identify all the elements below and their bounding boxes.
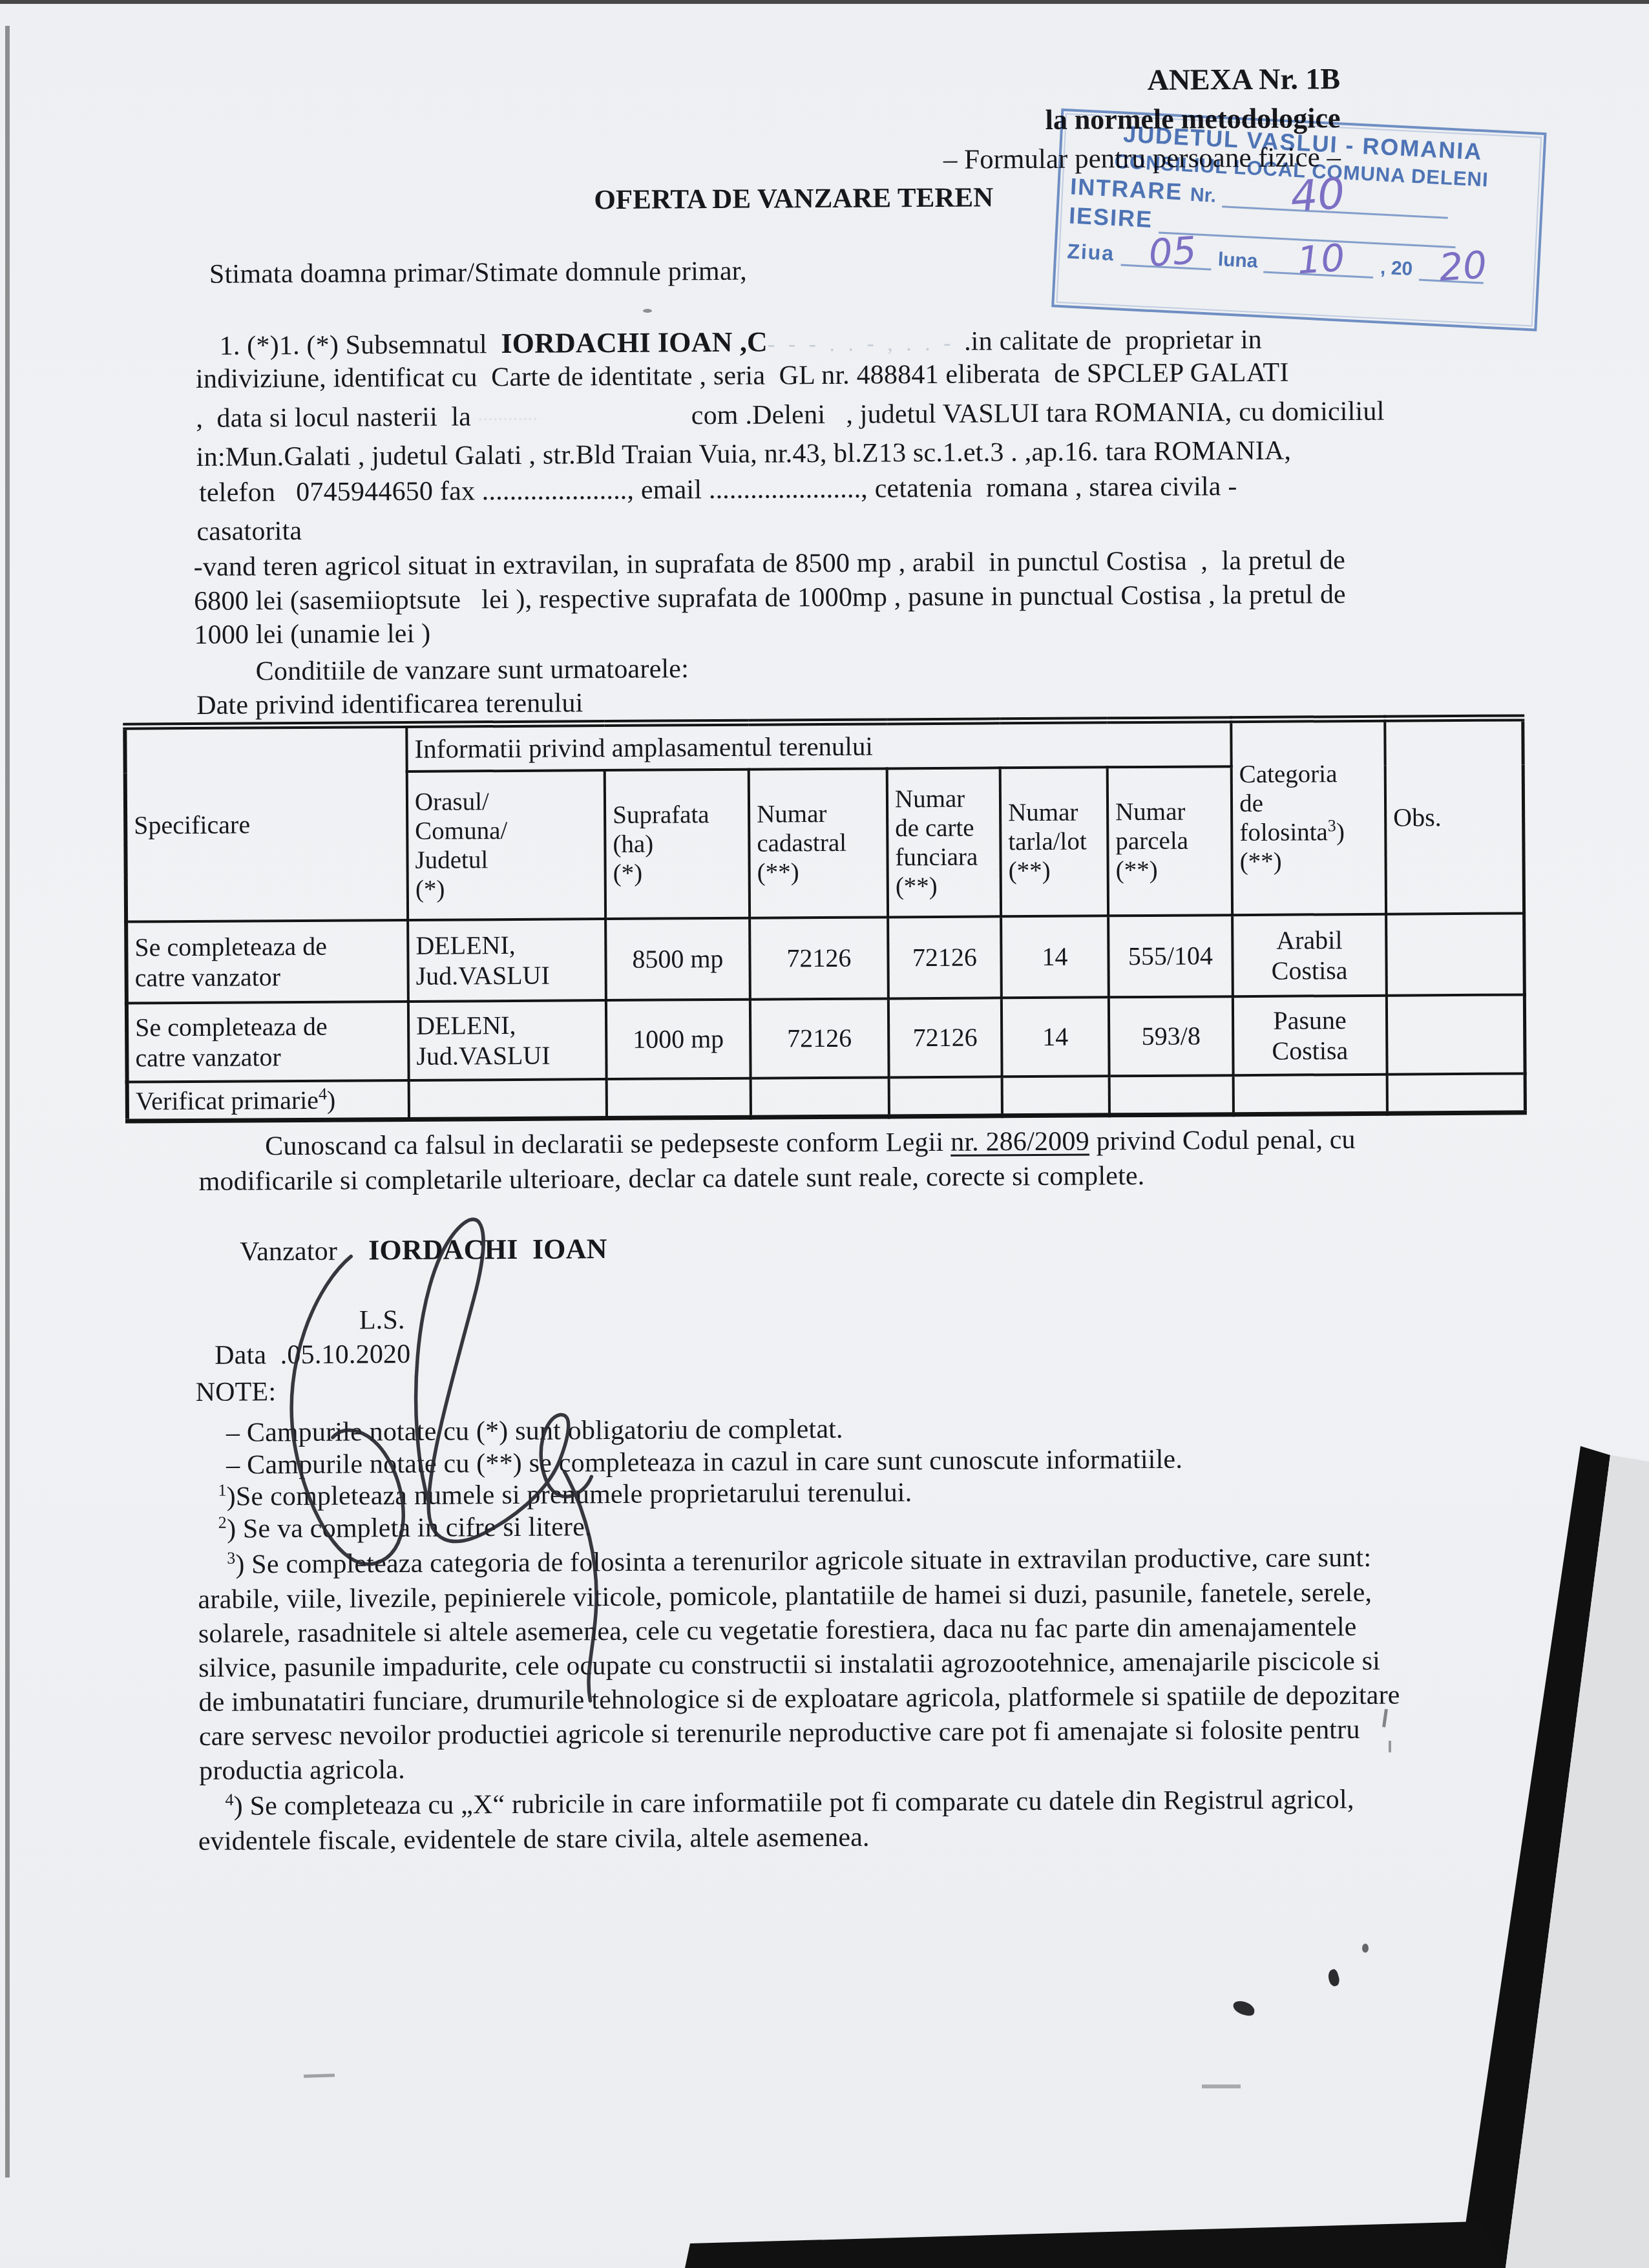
p1-line8: 6800 lei (sasemiioptsute lei ), respecti… (194, 579, 1346, 618)
table-row: Se completeaza de catre vanzator DELENI,… (126, 913, 1524, 1003)
p1-line4: in:Mun.Galati , judetul Galati , str.Bld… (196, 436, 1292, 474)
note-4-sup: 2 (218, 1513, 227, 1532)
table-row: Se completeaza de catre vanzator DELENI,… (127, 994, 1525, 1082)
col-header-suprafata: Suprafata (ha) (*) (605, 769, 750, 918)
cell-localitate: DELENI, Jud.VASLUI (408, 919, 606, 1002)
p1-line7: -vand teren agricol situat in extravilan… (194, 545, 1345, 583)
cell-obs (1386, 913, 1524, 995)
seller-name-inline: IORDACHI IOAN ,C (501, 326, 768, 360)
cell-cadastral: 72126 (750, 998, 889, 1078)
cell-empty (1387, 1073, 1525, 1113)
conditions-line: Conditiile de vanzare sunt urmatoarele: (256, 653, 689, 688)
declaration-line1-post: privind Codul penal, cu (1089, 1125, 1356, 1157)
scan-artifact (1362, 1944, 1369, 1953)
anexa-heading: ANEXA Nr. 1B (0, 61, 1340, 104)
p1-line3: , data si locul nasterii la ............… (196, 396, 1384, 436)
cell-empty (751, 1077, 889, 1117)
cell-empty (889, 1076, 1002, 1117)
col-header-obs: Obs. (1385, 718, 1524, 914)
redacted-birthdate: ............ (478, 401, 691, 425)
registry-entry-stamp: JUDETUL VASLUI - ROMANIA CONSILIUL LOCAL… (1051, 109, 1546, 331)
col-header-orasul: Orasul/ Comuna/ Judetul (*) (407, 770, 605, 920)
p1-line6: casatorita (196, 516, 302, 549)
col-header-cadastral: Numar cadastral (**) (749, 768, 888, 918)
p1-line2: indiviziune, identificat cu Carte de ide… (196, 357, 1289, 396)
note-6-line1: 4) Se completeaza cu „X“ rubricile in ca… (225, 1784, 1354, 1823)
document-content: ANEXA Nr. 1B la normele metodologice – F… (0, 0, 1649, 2268)
table-caption: Date privind identificarea terenului (196, 688, 583, 722)
declaration-line2: modificarile si completarile ulterioare,… (198, 1160, 1144, 1198)
p1-line9: 1000 lei (unamie lei ) (194, 618, 430, 652)
stamp-luna-blank: 10 (1264, 246, 1375, 278)
col-header-tarla: Numar tarla/lot (**) (1000, 767, 1108, 916)
cell-carte: 72126 (888, 998, 1002, 1077)
stamp-ziua-blank: 05 (1120, 238, 1212, 271)
cell-empty (409, 1079, 607, 1119)
scan-artifact (1202, 2084, 1241, 2088)
note-6-text1: ) Se completeaza cu „X“ rubricile in car… (234, 1785, 1354, 1822)
stamp-luna-label: luna (1217, 249, 1258, 273)
cell-empty (1109, 1075, 1234, 1115)
p1-line1: 1. (*)1. (*) Subsemnatul IORDACHI IOAN ,… (220, 322, 1263, 362)
cell-specificare: Se completeaza de catre vanzator (126, 919, 408, 1003)
stamp-an-handwritten: 20 (1438, 246, 1488, 286)
law-reference: nr. 286/2009 (951, 1127, 1089, 1157)
stamp-intrare-label: INTRARE (1069, 173, 1183, 206)
p1-line5: telefon 0745944650 fax .................… (199, 471, 1237, 509)
p1-line1-pre: 1. (*)1. (*) Subsemnatul (220, 330, 501, 361)
col-header-specificare: Specificare (125, 724, 408, 921)
stamp-an-blank: 20 (1418, 253, 1484, 284)
cell-tarla: 14 (1001, 916, 1109, 998)
col-header-categoria: Categoria de folosinta3) (**) (1231, 719, 1386, 914)
verificat-sup: 4 (319, 1084, 327, 1103)
cell-suprafata: 8500 mp (605, 918, 750, 1000)
cell-suprafata: 1000 mp (606, 999, 751, 1078)
note-6-line2: evidentele fiscale, evidentele de stare … (198, 1822, 870, 1858)
note-5-line6: care servesc nevoilor productiei agricol… (199, 1714, 1360, 1754)
p1-line3-post: com .Deleni , judetul VASLUI tara ROMANI… (691, 397, 1385, 431)
land-identification-table: Specificare Informatii privind amplasame… (123, 714, 1526, 1123)
declaration-line1: Cunoscand ca falsul in declaratii se ped… (265, 1124, 1356, 1163)
categoria-sup: 3 (1328, 816, 1336, 835)
note-3-sup: 1 (218, 1481, 226, 1500)
handwritten-signature (254, 1193, 671, 1712)
cell-parcela: 593/8 (1109, 996, 1234, 1076)
cell-cadastral: 72126 (750, 917, 888, 999)
stamp-ziua-handwritten: 05 (1147, 231, 1197, 272)
scan-artifact (643, 309, 652, 313)
verificat-rest: ) (327, 1085, 336, 1114)
cell-empty (607, 1078, 751, 1118)
p1-line1-post: .in calitate de proprietar in (964, 325, 1262, 357)
cell-categoria: Arabil Costisa (1232, 914, 1387, 996)
cell-empty (1002, 1076, 1109, 1116)
cell-specificare: Se completeaza de catre vanzator (127, 1001, 409, 1082)
stamp-luna-handwritten: 10 (1296, 238, 1347, 279)
categoria-text: Categoria de folosinta (1239, 760, 1338, 846)
col-header-banner: Informatii privind amplasamentul terenul… (406, 720, 1231, 772)
stamp-an-prefix: , 20 (1380, 257, 1413, 280)
note-5-sup: 3 (227, 1549, 235, 1568)
note-5-line7: productia agricola. (199, 1754, 405, 1787)
cell-obs (1387, 994, 1525, 1074)
cell-categoria: Pasune Costisa (1233, 995, 1387, 1075)
redacted-cnp: - - - . . - , . . - (768, 331, 964, 357)
cell-empty (1234, 1074, 1387, 1114)
cell-localitate: DELENI, Jud.VASLUI (408, 1000, 607, 1080)
p1-line3-pre: , data si locul nasterii la (196, 402, 478, 434)
verificat-text: Verificat primarie (136, 1085, 319, 1115)
cell-carte: 72126 (888, 916, 1002, 998)
salutation-line: Stimata doamna primar/Stimate domnule pr… (209, 256, 747, 291)
col-header-parcela: Numar parcela (**) (1108, 766, 1232, 916)
stamp-nr-label: Nr. (1190, 184, 1217, 207)
col-header-carte-funciara: Numar de carte funciara (**) (887, 768, 1001, 917)
declaration-line1-pre: Cunoscand ca falsul in declaratii se ped… (265, 1128, 951, 1161)
cell-parcela: 555/104 (1108, 915, 1233, 997)
note-6-sup: 4 (225, 1790, 233, 1809)
stamp-iesire-label: IESIRE (1068, 202, 1153, 233)
cell-tarla: 14 (1002, 997, 1109, 1076)
cell-verificat: Verificat primarie4) (127, 1080, 409, 1120)
stamp-ziua-label: Ziua (1067, 239, 1116, 266)
scan-artifact (1389, 1741, 1391, 1752)
stamp-nr-handwritten: 40 (1289, 173, 1347, 219)
scanned-document-page: ANEXA Nr. 1B la normele metodologice – F… (0, 0, 1649, 2268)
verificat-row: Verificat primarie4) (127, 1073, 1525, 1121)
